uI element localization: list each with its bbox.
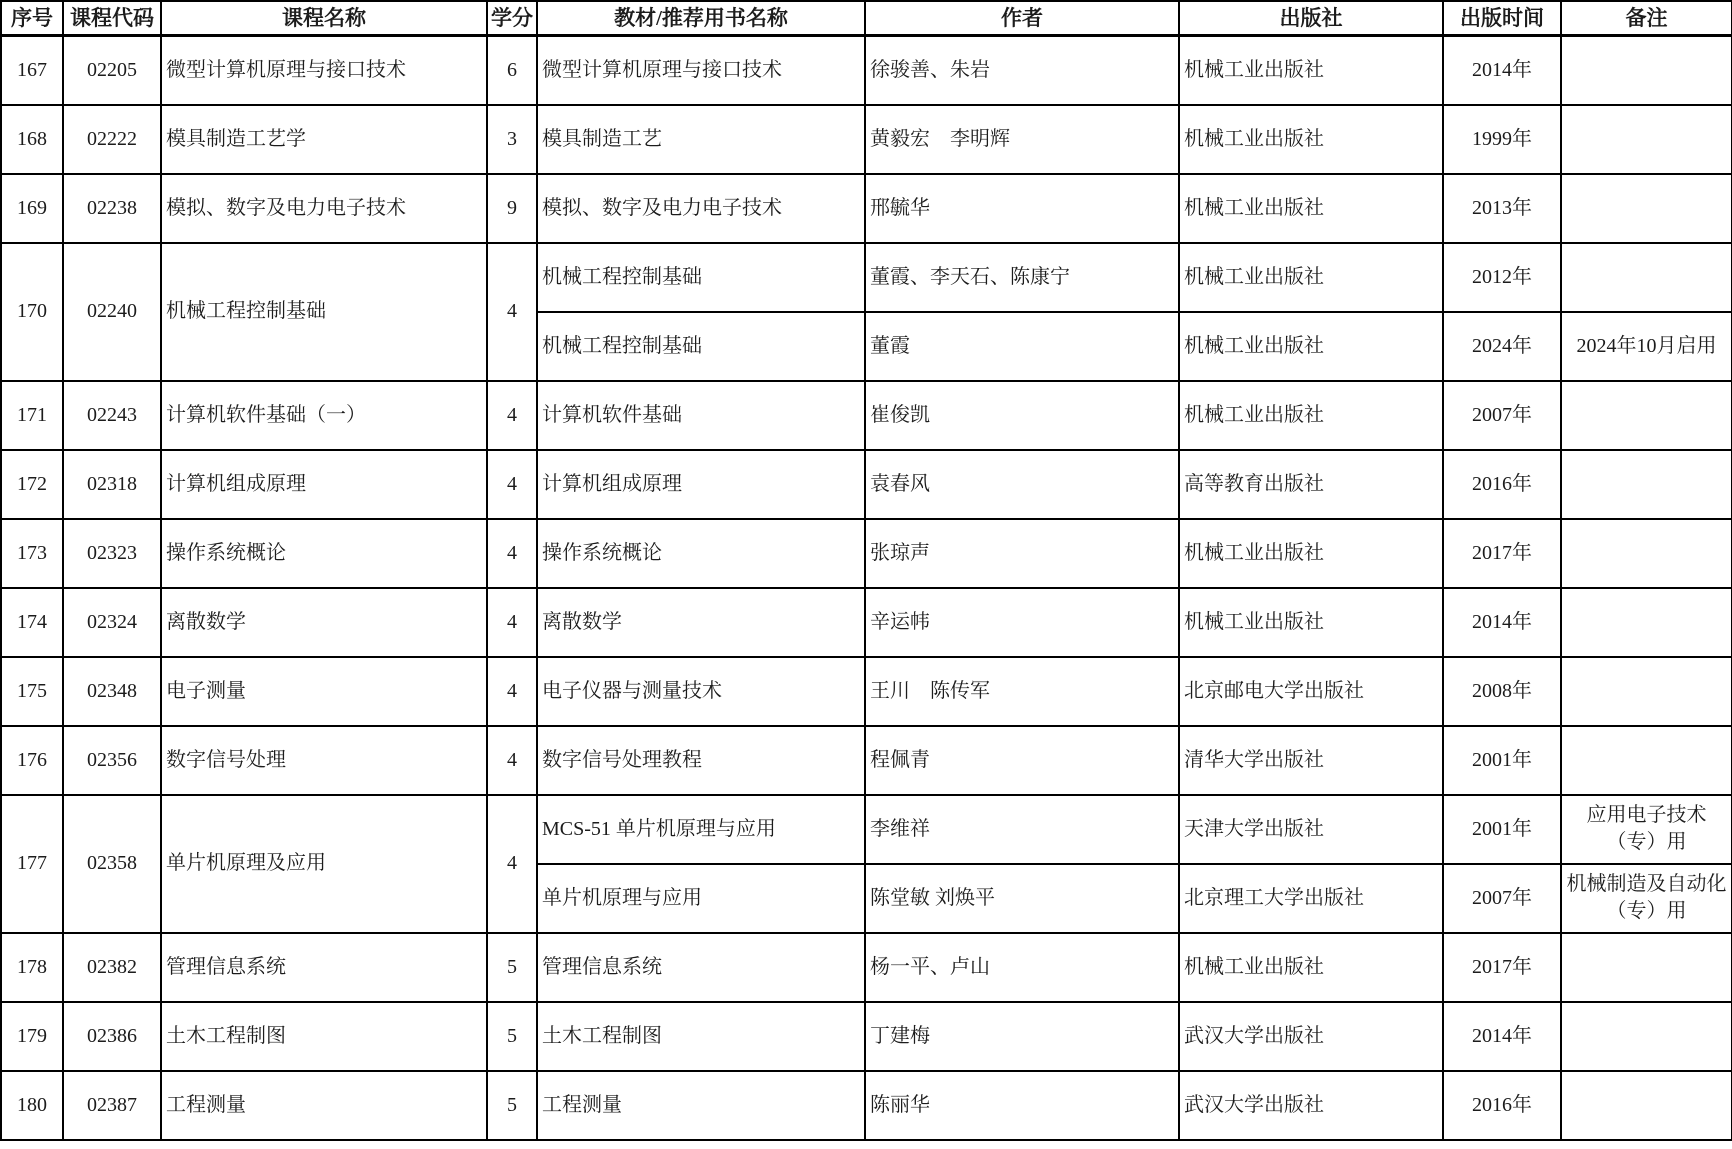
code-cell: 02387 [63,1071,161,1140]
year-cell: 2024年 [1443,312,1561,381]
book-title-cell: MCS-51 单片机原理与应用 [537,795,865,864]
author-cell: 陈丽华 [865,1071,1179,1140]
book-title-cell: 计算机软件基础 [537,381,865,450]
course-name-cell: 管理信息系统 [161,933,487,1002]
publisher-cell: 北京邮电大学出版社 [1179,657,1443,726]
author-cell: 崔俊凯 [865,381,1179,450]
remark-cell [1561,381,1732,450]
course-name-cell: 单片机原理及应用 [161,795,487,933]
course-name-cell: 计算机组成原理 [161,450,487,519]
table-row: 173 02323 操作系统概论 4 操作系统概论 张琼声 机械工业出版社 20… [1,519,1732,588]
seq-cell: 180 [1,1071,63,1140]
remark-cell: 应用电子技术（专）用 [1561,795,1732,864]
book-title-cell: 土木工程制图 [537,1002,865,1071]
year-cell: 2014年 [1443,36,1561,105]
col-header-author: 作者 [865,1,1179,36]
table-row: 174 02324 离散数学 4 离散数学 辛运帏 机械工业出版社 2014年 [1,588,1732,657]
remark-cell [1561,450,1732,519]
book-title-cell: 模拟、数字及电力电子技术 [537,174,865,243]
year-cell: 2013年 [1443,174,1561,243]
table-row: 180 02387 工程测量 5 工程测量 陈丽华 武汉大学出版社 2016年 [1,1071,1732,1140]
author-cell: 袁春风 [865,450,1179,519]
code-cell: 02324 [63,588,161,657]
credits-cell: 5 [487,1002,537,1071]
remark-cell [1561,1071,1732,1140]
code-cell: 02318 [63,450,161,519]
col-header-remark: 备注 [1561,1,1732,36]
table-row: 170 02240 机械工程控制基础 4 机械工程控制基础 董霞、李天石、陈康宁… [1,243,1732,312]
course-name-cell: 模拟、数字及电力电子技术 [161,174,487,243]
author-cell: 董霞、李天石、陈康宁 [865,243,1179,312]
course-name-cell: 计算机软件基础（一） [161,381,487,450]
code-cell: 02240 [63,243,161,381]
table-row: 178 02382 管理信息系统 5 管理信息系统 杨一平、卢山 机械工业出版社… [1,933,1732,1002]
remark-cell [1561,657,1732,726]
publisher-cell: 机械工业出版社 [1179,519,1443,588]
year-cell: 2007年 [1443,381,1561,450]
author-cell: 董霞 [865,312,1179,381]
author-cell: 程佩青 [865,726,1179,795]
code-cell: 02348 [63,657,161,726]
seq-cell: 170 [1,243,63,381]
col-header-pubyear: 出版时间 [1443,1,1561,36]
credits-cell: 5 [487,1071,537,1140]
credits-cell: 4 [487,588,537,657]
course-name-cell: 数字信号处理 [161,726,487,795]
col-header-credits: 学分 [487,1,537,36]
credits-cell: 4 [487,795,537,933]
seq-cell: 169 [1,174,63,243]
credits-cell: 4 [487,243,537,381]
remark-cell [1561,933,1732,1002]
publisher-cell: 机械工业出版社 [1179,588,1443,657]
seq-cell: 171 [1,381,63,450]
table-row: 168 02222 模具制造工艺学 3 模具制造工艺 黄毅宏 李明辉 机械工业出… [1,105,1732,174]
author-cell: 陈堂敏 刘焕平 [865,864,1179,933]
course-name-cell: 电子测量 [161,657,487,726]
course-name-cell: 土木工程制图 [161,1002,487,1071]
author-cell: 徐骏善、朱岩 [865,36,1179,105]
document-page: 序号 课程代码 课程名称 学分 教材/推荐用书名称 作者 出版社 出版时间 备注… [0,0,1732,1149]
col-header-code: 课程代码 [63,1,161,36]
code-cell: 02243 [63,381,161,450]
publisher-cell: 武汉大学出版社 [1179,1071,1443,1140]
credits-cell: 5 [487,933,537,1002]
seq-cell: 167 [1,36,63,105]
publisher-cell: 清华大学出版社 [1179,726,1443,795]
remark-cell [1561,174,1732,243]
table-row: 177 02358 单片机原理及应用 4 MCS-51 单片机原理与应用 李维祥… [1,795,1732,864]
seq-cell: 176 [1,726,63,795]
code-cell: 02358 [63,795,161,933]
credits-cell: 4 [487,381,537,450]
remark-cell [1561,36,1732,105]
book-title-cell: 计算机组成原理 [537,450,865,519]
remark-cell [1561,1002,1732,1071]
publisher-cell: 机械工业出版社 [1179,933,1443,1002]
table-row: 175 02348 电子测量 4 电子仪器与测量技术 王川 陈传军 北京邮电大学… [1,657,1732,726]
publisher-cell: 天津大学出版社 [1179,795,1443,864]
table-row: 171 02243 计算机软件基础（一） 4 计算机软件基础 崔俊凯 机械工业出… [1,381,1732,450]
seq-cell: 168 [1,105,63,174]
col-header-book: 教材/推荐用书名称 [537,1,865,36]
table-row: 169 02238 模拟、数字及电力电子技术 9 模拟、数字及电力电子技术 邢毓… [1,174,1732,243]
year-cell: 2008年 [1443,657,1561,726]
book-title-cell: 电子仪器与测量技术 [537,657,865,726]
table-row: 176 02356 数字信号处理 4 数字信号处理教程 程佩青 清华大学出版社 … [1,726,1732,795]
code-cell: 02205 [63,36,161,105]
book-title-cell: 微型计算机原理与接口技术 [537,36,865,105]
course-name-cell: 离散数学 [161,588,487,657]
header-row: 序号 课程代码 课程名称 学分 教材/推荐用书名称 作者 出版社 出版时间 备注 [1,1,1732,36]
publisher-cell: 机械工业出版社 [1179,36,1443,105]
book-title-cell: 操作系统概论 [537,519,865,588]
year-cell: 2012年 [1443,243,1561,312]
publisher-cell: 北京理工大学出版社 [1179,864,1443,933]
table-row: 172 02318 计算机组成原理 4 计算机组成原理 袁春风 高等教育出版社 … [1,450,1732,519]
book-title-cell: 管理信息系统 [537,933,865,1002]
publisher-cell: 机械工业出版社 [1179,105,1443,174]
course-name-cell: 模具制造工艺学 [161,105,487,174]
col-header-course: 课程名称 [161,1,487,36]
author-cell: 王川 陈传军 [865,657,1179,726]
course-name-cell: 微型计算机原理与接口技术 [161,36,487,105]
year-cell: 2001年 [1443,726,1561,795]
credits-cell: 3 [487,105,537,174]
course-table: 序号 课程代码 课程名称 学分 教材/推荐用书名称 作者 出版社 出版时间 备注… [0,0,1732,1141]
book-title-cell: 机械工程控制基础 [537,312,865,381]
table-row: 179 02386 土木工程制图 5 土木工程制图 丁建梅 武汉大学出版社 20… [1,1002,1732,1071]
author-cell: 李维祥 [865,795,1179,864]
seq-cell: 173 [1,519,63,588]
code-cell: 02323 [63,519,161,588]
publisher-cell: 机械工业出版社 [1179,174,1443,243]
credits-cell: 4 [487,450,537,519]
book-title-cell: 工程测量 [537,1071,865,1140]
publisher-cell: 武汉大学出版社 [1179,1002,1443,1071]
year-cell: 2017年 [1443,519,1561,588]
seq-cell: 178 [1,933,63,1002]
credits-cell: 4 [487,519,537,588]
publisher-cell: 机械工业出版社 [1179,312,1443,381]
remark-cell [1561,726,1732,795]
book-title-cell: 数字信号处理教程 [537,726,865,795]
year-cell: 2014年 [1443,1002,1561,1071]
course-name-cell: 操作系统概论 [161,519,487,588]
year-cell: 2014年 [1443,588,1561,657]
publisher-cell: 机械工业出版社 [1179,243,1443,312]
credits-cell: 4 [487,657,537,726]
book-title-cell: 离散数学 [537,588,865,657]
remark-cell [1561,105,1732,174]
year-cell: 2016年 [1443,1071,1561,1140]
author-cell: 邢毓华 [865,174,1179,243]
credits-cell: 9 [487,174,537,243]
seq-cell: 172 [1,450,63,519]
book-title-cell: 模具制造工艺 [537,105,865,174]
seq-cell: 175 [1,657,63,726]
year-cell: 2007年 [1443,864,1561,933]
remark-cell [1561,519,1732,588]
book-title-cell: 机械工程控制基础 [537,243,865,312]
seq-cell: 179 [1,1002,63,1071]
seq-cell: 174 [1,588,63,657]
code-cell: 02356 [63,726,161,795]
remark-cell: 机械制造及自动化（专）用 [1561,864,1732,933]
code-cell: 02238 [63,174,161,243]
course-name-cell: 工程测量 [161,1071,487,1140]
author-cell: 杨一平、卢山 [865,933,1179,1002]
author-cell: 黄毅宏 李明辉 [865,105,1179,174]
code-cell: 02382 [63,933,161,1002]
col-header-publisher: 出版社 [1179,1,1443,36]
table-row: 167 02205 微型计算机原理与接口技术 6 微型计算机原理与接口技术 徐骏… [1,36,1732,105]
year-cell: 2017年 [1443,933,1561,1002]
col-header-seq: 序号 [1,1,63,36]
book-title-cell: 单片机原理与应用 [537,864,865,933]
year-cell: 2001年 [1443,795,1561,864]
author-cell: 辛运帏 [865,588,1179,657]
credits-cell: 6 [487,36,537,105]
publisher-cell: 机械工业出版社 [1179,381,1443,450]
seq-cell: 177 [1,795,63,933]
publisher-cell: 高等教育出版社 [1179,450,1443,519]
remark-cell [1561,243,1732,312]
credits-cell: 4 [487,726,537,795]
author-cell: 丁建梅 [865,1002,1179,1071]
code-cell: 02386 [63,1002,161,1071]
year-cell: 2016年 [1443,450,1561,519]
year-cell: 1999年 [1443,105,1561,174]
remark-cell: 2024年10月启用 [1561,312,1732,381]
author-cell: 张琼声 [865,519,1179,588]
remark-cell [1561,588,1732,657]
course-name-cell: 机械工程控制基础 [161,243,487,381]
code-cell: 02222 [63,105,161,174]
